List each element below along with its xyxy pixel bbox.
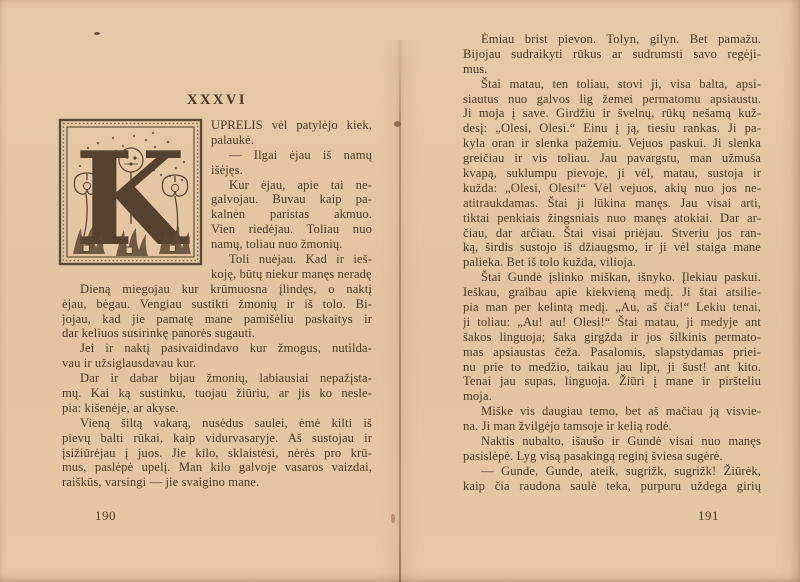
ink-speck	[394, 121, 401, 127]
text-line: Štai Gundė įslinko miškan, išnyko. Įleki…	[463, 270, 761, 285]
text-line: ėjau, bėgau. Vengiau sustikti žmonių ir …	[62, 297, 372, 312]
left-page: XXXVI	[62, 92, 372, 490]
text-line: mus.	[463, 62, 761, 77]
text-line: UPRELIS vėl patylėjo kiek,	[211, 118, 372, 133]
text-line: Toli nuėjau. Kad ir ieš-	[211, 252, 372, 267]
text-line: Tenai jau supas, linguoja. Žiūri į mane …	[463, 374, 761, 389]
text-line: dar keliuos susirinkę panorės sugauti.	[62, 326, 372, 341]
text-line: siautus nuo galvos lig žemei permatomu a…	[463, 92, 761, 107]
text-line: raiškūs, varsingi — jie svaigino mane.	[62, 475, 372, 490]
text-line: kužda: „Olesi, Olesi!“ Vėl vejuos, akių …	[463, 181, 761, 196]
text-line: išėjęs.	[211, 163, 372, 178]
text-line: galvojau. Buvau kaip pa-	[211, 192, 372, 207]
text-line: Ji moja į save. Girdžiu ir švelnų, rūkų …	[463, 106, 761, 121]
text-line: na. Ji man žvilgėjo tamsoje ir kelią rod…	[463, 419, 761, 434]
ink-speck	[391, 514, 395, 523]
ink-speck	[94, 32, 100, 35]
right-page-text: Ėmiau brist pievon. Tolyn, gilyn. Bet pa…	[463, 32, 761, 494]
text-line: pasislėpė. Lyg visą pasakingą reginį švi…	[463, 449, 761, 464]
text-line: Vieną šiltą vakarą, nusėdus saulei, ėmė …	[62, 416, 372, 431]
text-line: kvapą, suklumpu pievoje, ji vėl, matau, …	[463, 166, 761, 181]
text-line: — Gunde, Gunde, ateik, sugrižk, sugrižk!…	[463, 464, 761, 479]
text-line: mų. Kai ką sustinku, tuojau žiūriu, ar j…	[62, 386, 372, 401]
text-line: palieka. Bet iš tolo kužda, vilioja.	[463, 255, 761, 270]
text-line: Vien riedėjau. Toliau nuo	[211, 222, 372, 237]
text-line: atitraukdamas. Štai ji lūkina manęs. Jau…	[463, 196, 761, 211]
text-line: Naktis nubalto, išaušo ir Gundė visai nu…	[463, 434, 761, 449]
text-line: pia man per kelintą medį. „Au, aš čia!“ …	[463, 300, 761, 315]
text-line: nu prie to medžio, taikau jau lipt, ji š…	[463, 360, 761, 375]
book-scan: XXXVI	[0, 0, 800, 582]
text-line: desį: „Olesi, Olesi.“ Einu į ją, tiesiu …	[463, 121, 761, 136]
text-line: Ėmiau brist pievon. Tolyn, gilyn. Bet pa…	[463, 32, 761, 47]
text-line: pia: kišenėje, ar akyse.	[62, 401, 372, 416]
text-line: mas apsiaustas čeža. Pasalomis, slapstyd…	[463, 345, 761, 360]
gutter-crease	[399, 58, 401, 582]
text-line: ką, širdis sustojo iš džiaugsmo, ir ji v…	[463, 240, 761, 255]
decorative-initial-k: K	[58, 118, 203, 266]
page-number-right: 191	[698, 508, 719, 524]
text-line: ji toliau: „Au! au! Olesi!“ Štai matau, …	[463, 315, 761, 330]
text-line: Miške vis daugiau temo, bet aš mačiau ją…	[463, 404, 761, 419]
text-line: jojau, kad jie pamatę mane pamišėliu pas…	[62, 312, 372, 327]
text-line: kyla oran ir slenka pažemiu. Vejuos pask…	[463, 136, 761, 151]
chapter-heading: XXXVI	[62, 92, 372, 108]
text-line: Kur ėjau, apie tai ne-	[211, 178, 372, 193]
right-page: Ėmiau brist pievon. Tolyn, gilyn. Bet pa…	[463, 32, 761, 494]
text-line: pievų balti rūkai, kaip vidurvasaryje. A…	[62, 431, 372, 446]
text-line: moja.	[463, 389, 761, 404]
page-gutter-shading	[381, 40, 419, 582]
text-line: palaukė.	[211, 133, 372, 148]
text-line: Dieną miegojau kur krūmuosna įlindęs, o …	[62, 282, 372, 297]
text-line: Bijojau sudraikyti rūkus ar sudrumsti sa…	[463, 47, 761, 62]
text-line: — Ilgai ėjau iš namų	[211, 148, 372, 163]
text-line: įsižiūrėjau į juos. Jie kilo, sklaistėsi…	[62, 446, 372, 461]
page-number-left: 190	[95, 508, 116, 524]
text-line: Ieškau, graibau apie kiekvieną medį. Ji …	[463, 285, 761, 300]
text-line: Dar ir dabar bijau žmonių, labiausiai ne…	[62, 371, 372, 386]
text-line: Štai matau, ten toliau, stovi ji, visa b…	[463, 77, 761, 92]
text-line: kaip čia raudona saulė teka, purpuru užd…	[463, 479, 761, 494]
text-line: koję, būtų niekur manęs neradę.	[211, 267, 372, 282]
text-line: čiau, dar arčiau. Štai visai priėjau. St…	[463, 226, 761, 241]
text-line: greičiau ir vis toliau. Jau pavargstu, m…	[463, 151, 761, 166]
text-line: mus, paslėpė upelį. Man kilo galvoje vas…	[62, 460, 372, 475]
text-line: šakos linguoja; šaka girgžda ir jos šilk…	[463, 330, 761, 345]
text-line: namų, toliau nuo žmonių.	[211, 237, 372, 252]
text-line: Jei ir naktį pasivaidindavo kur žmogus, …	[62, 341, 372, 356]
text-line: vau ir užsiglausdavau kur.	[62, 356, 372, 371]
text-line: tiktai penkiais žingsniais nuo manęs ato…	[463, 211, 761, 226]
text-line: kalnėn paristas akmuo.	[211, 207, 372, 222]
